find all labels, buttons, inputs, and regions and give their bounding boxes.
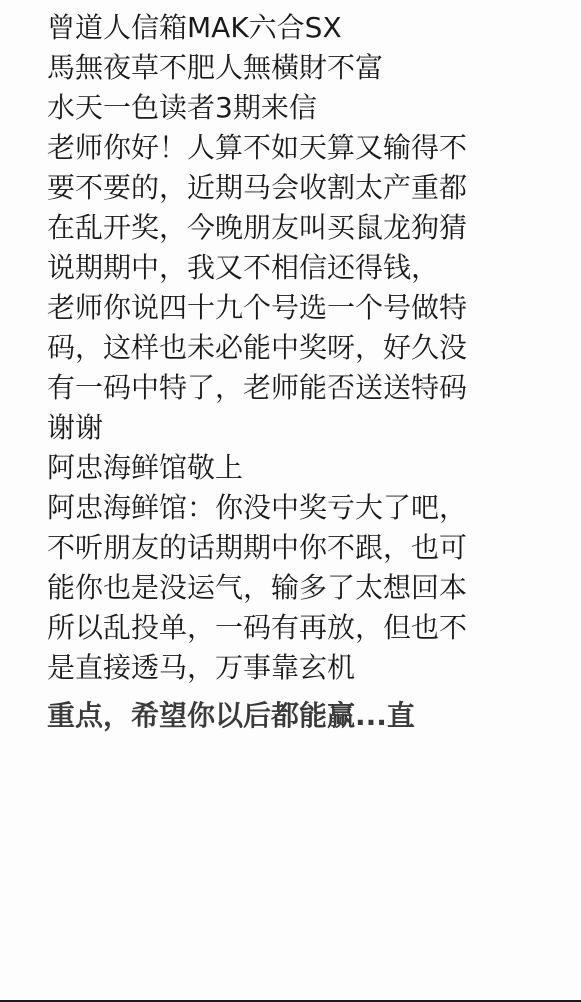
letter-signature: 阿忠海鲜馆敬上 [47, 448, 547, 488]
letter-line: 在乱开奖，今晚朋友叫买鼠龙狗猜 [47, 208, 547, 248]
letter-source: 水天一色读者3期来信 [47, 88, 547, 128]
letter-text: 曾道人信箱MAK六合SX 馬無夜草不肥人無橫財不富 水天一色读者3期来信 老师你… [47, 8, 547, 736]
reply-line: 是直接透马，万事靠玄机 [47, 648, 547, 688]
header-title: 曾道人信箱MAK六合SX [47, 8, 547, 48]
reply-line: 不听朋友的话期期中你不跟，也可 [47, 528, 547, 568]
letter-line: 要不要的，近期马会收割太产重都 [47, 168, 547, 208]
letter-line: 老师你说四十九个号选一个号做特 [47, 288, 547, 328]
reply-line: 能你也是没运气，输多了太想回本 [47, 568, 547, 608]
letter-line: 老师你好！人算不如天算又输得不 [47, 128, 547, 168]
reply-line: 阿忠海鲜馆：你没中奖亏大了吧， [47, 488, 547, 528]
document-page: 曾道人信箱MAK六合SX 馬無夜草不肥人無橫財不富 水天一色读者3期来信 老师你… [0, 0, 581, 1000]
letter-line: 有一码中特了，老师能否送送特码 [47, 368, 547, 408]
header-slogan: 馬無夜草不肥人無橫財不富 [47, 48, 547, 88]
letter-line: 码，这样也未必能中奖呀，好久没 [47, 328, 547, 368]
truncated-emphasis-line: 重点，希望你以后都能赢...直 [47, 696, 547, 736]
letter-line: 谢谢 [47, 408, 547, 448]
letter-line: 说期期中，我又不相信还得钱， [47, 248, 547, 288]
reply-line: 所以乱投单，一码有再放，但也不 [47, 608, 547, 648]
